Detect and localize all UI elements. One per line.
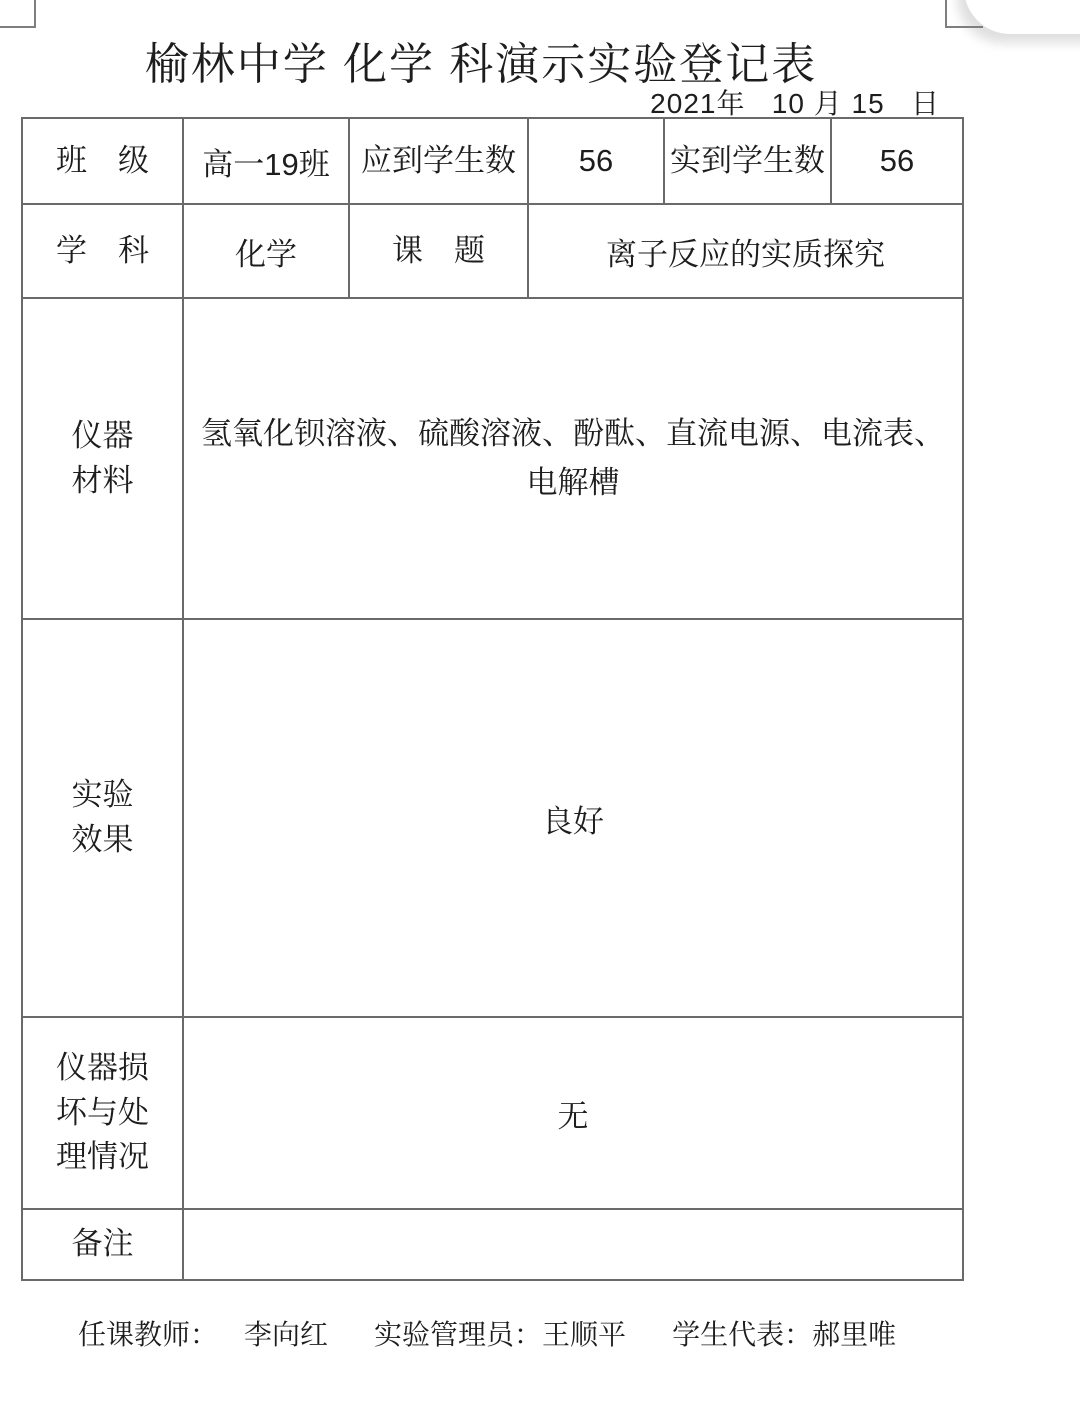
teacher-signature: 任课教师：李向红	[78, 1313, 328, 1353]
notes-label-cell: 备注	[22, 1209, 183, 1280]
signatures-row: 任课教师：李向红 实验管理员：王顺平 学生代表：郝里唯	[78, 1313, 896, 1353]
manager-label: 实验管理员：	[374, 1319, 542, 1350]
expected-students-value-cell: 56	[528, 118, 664, 204]
effect-value-cell: 良好	[183, 619, 963, 1017]
top-left-corner-mark	[0, 0, 36, 28]
table-row-notes: 备注	[22, 1209, 963, 1280]
date-line: 2021年 10 月 15 日	[0, 82, 940, 122]
table-row-subject: 学 科 化学 课 题 离子反应的实质探究	[22, 204, 963, 298]
actual-students-value-cell: 56	[831, 118, 963, 204]
teacher-name: 李向红	[244, 1319, 328, 1350]
topic-label-cell: 课 题	[349, 204, 528, 298]
materials-value-cell: 氢氧化钡溶液、硫酸溶液、酚酞、直流电源、电流表、 电解槽	[183, 298, 963, 619]
effect-label-cell: 实验 效果	[22, 619, 183, 1017]
damage-label-cell: 仪器损 坏与处 理情况	[22, 1017, 183, 1209]
class-value-cell: 高一19班	[183, 118, 349, 204]
notes-value-cell	[183, 1209, 963, 1280]
student-signature: 学生代表：郝里唯	[672, 1313, 896, 1353]
damage-value-cell: 无	[183, 1017, 963, 1209]
table-row-class: 班 级 高一19班 应到学生数 56 实到学生数 56	[22, 118, 963, 204]
subject-value-cell: 化学	[183, 204, 349, 298]
table-row-materials: 仪器 材料 氢氧化钡溶液、硫酸溶液、酚酞、直流电源、电流表、 电解槽	[22, 298, 963, 619]
subject-label-cell: 学 科	[22, 204, 183, 298]
top-right-corner-mark	[945, 0, 983, 28]
manager-signature: 实验管理员：王顺平	[374, 1313, 626, 1353]
table-row-effect: 实验 效果 良好	[22, 619, 963, 1017]
actual-students-label-cell: 实到学生数	[664, 118, 831, 204]
materials-label-cell: 仪器 材料	[22, 298, 183, 619]
expected-students-label-cell: 应到学生数	[349, 118, 528, 204]
scanned-form-page: 榆林中学 化学 科演示实验登记表 2021年 10 月 15 日 班 级 高一1…	[0, 0, 1080, 1420]
student-representative-name: 郝里唯	[812, 1319, 896, 1350]
experiment-registration-table: 班 级 高一19班 应到学生数 56 实到学生数 56 学 科 化学 课 题 离…	[21, 117, 964, 1281]
table-row-damage: 仪器损 坏与处 理情况 无	[22, 1017, 963, 1209]
topic-value-cell: 离子反应的实质探究	[528, 204, 963, 298]
student-representative-label: 学生代表：	[672, 1319, 812, 1350]
teacher-label: 任课教师：	[78, 1319, 218, 1350]
manager-name: 王顺平	[542, 1319, 626, 1350]
class-label-cell: 班 级	[22, 118, 183, 204]
